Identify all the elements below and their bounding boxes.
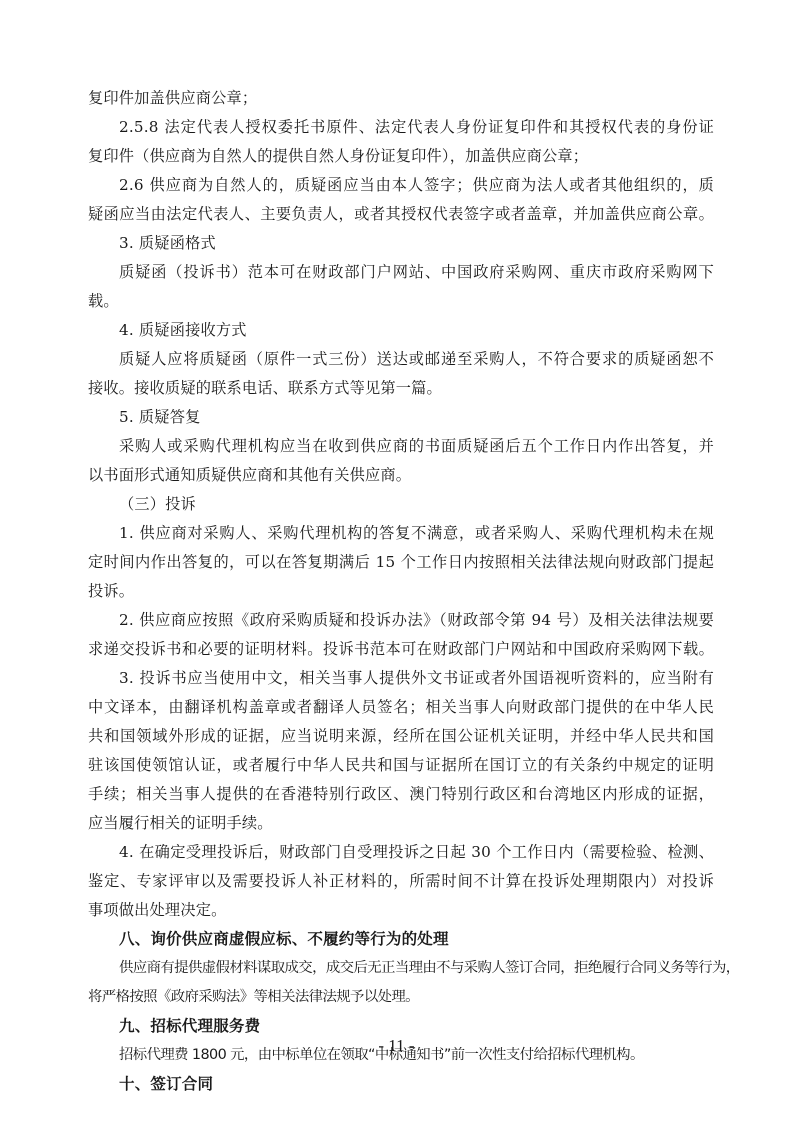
paragraph-line: 质疑函（投诉书）范本可在财政部门户网站、中国政府采购网、重庆市政府采购网下 bbox=[119, 262, 714, 282]
paragraph-line: 求递交投诉书和必要的证明材料。投诉书范本可在财政部门户网站和中国政府采购网下载。 bbox=[88, 639, 714, 659]
heading-query-format: 3. 质疑函格式 bbox=[119, 233, 714, 253]
paragraph-line: 以书面形式通知质疑供应商和其他有关供应商。 bbox=[88, 465, 714, 485]
heading-query-receipt: 4. 质疑函接收方式 bbox=[119, 320, 714, 340]
paragraph-line: 质疑人应将质疑函（原件一式三份）送达或邮递至采购人，不符合要求的质疑函恕不 bbox=[119, 349, 714, 369]
section-heading-10: 十、签订合同 bbox=[119, 1074, 714, 1094]
paragraph-line: 定时间内作出答复的，可以在答复期满后 15 个工作日内按照相关法律法规向财政部门… bbox=[88, 552, 714, 572]
paragraph-line: 鉴定、专家评审以及需要投诉人补正材料的，所需时间不计算在投诉处理期限内）对投诉 bbox=[88, 871, 714, 891]
paragraph-line: 接收。接收质疑的联系电话、联系方式等见第一篇。 bbox=[88, 378, 714, 398]
paragraph-line: 驻该国使领馆认证，或者履行中华人民共和国与证据所在国订立的有关条约中规定的证明 bbox=[88, 755, 714, 775]
paragraph-line: 复印件加盖供应商公章； bbox=[88, 88, 714, 108]
clause-2-5-8: 2.5.8 法定代表人授权委托书原件、法定代表人身份证复印件和其授权代表的身份证 bbox=[119, 117, 714, 137]
paragraph-line: 载。 bbox=[88, 291, 714, 311]
paragraph-line: 中文译本，由翻译机构盖章或者翻译人员签名；相关当事人向财政部门提供的在中华人民 bbox=[88, 697, 714, 717]
paragraph-line: 2. 供应商应按照《政府采购质疑和投诉办法》（财政部令第 94 号）及相关法律法… bbox=[119, 610, 714, 630]
paragraph-line: 应当履行相关的证明手续。 bbox=[88, 813, 714, 833]
paragraph-line: 供应商有提供虚假材料谋取成交，成交后无正当理由不与采购人签订合同，拒绝履行合同义… bbox=[119, 958, 714, 978]
paragraph-line: 投诉。 bbox=[88, 581, 714, 601]
paragraph-line: 疑函应当由法定代表人、主要负责人，或者其授权代表签字或者盖章，并加盖供应商公章。 bbox=[88, 204, 714, 224]
paragraph-line: 共和国领域外形成的证据，应当说明来源，经所在国公证机关证明，并经中华人民共和国 bbox=[88, 726, 714, 746]
paragraph-line: 事项做出处理决定。 bbox=[88, 900, 714, 920]
paragraph-line: 将严格按照《政府采购法》等相关法律法规予以处理。 bbox=[88, 987, 714, 1007]
section-heading-8: 八、询价供应商虚假应标、不履约等行为的处理 bbox=[119, 929, 714, 949]
section-heading-9: 九、招标代理服务费 bbox=[119, 1016, 714, 1036]
paragraph-line: 手续；相关当事人提供的在香港特别行政区、澳门特别行政区和台湾地区内形成的证据， bbox=[88, 784, 714, 804]
paragraph-line: 采购人或采购代理机构应当在收到供应商的书面质疑函后五个工作日内作出答复，并 bbox=[119, 436, 714, 456]
heading-complaint: （三）投诉 bbox=[119, 494, 714, 514]
clause-2-6: 2.6 供应商为自然人的，质疑函应当由本人签字；供应商为法人或者其他组织的，质 bbox=[119, 175, 714, 195]
paragraph-line: 3. 投诉书应当使用中文，相关当事人提供外文书证或者外国语视听资料的，应当附有 bbox=[119, 668, 714, 688]
paragraph-line: 4. 在确定受理投诉后，财政部门自受理投诉之日起 30 个工作日内（需要检验、检… bbox=[119, 842, 714, 862]
paragraph-line: 1. 供应商对采购人、采购代理机构的答复不满意，或者采购人、采购代理机构未在规 bbox=[119, 523, 714, 543]
heading-query-reply: 5. 质疑答复 bbox=[119, 407, 714, 427]
page-number: - 11 - bbox=[0, 1036, 793, 1056]
paragraph-line: 复印件（供应商为自然人的提供自然人身份证复印件），加盖供应商公章； bbox=[88, 146, 714, 166]
